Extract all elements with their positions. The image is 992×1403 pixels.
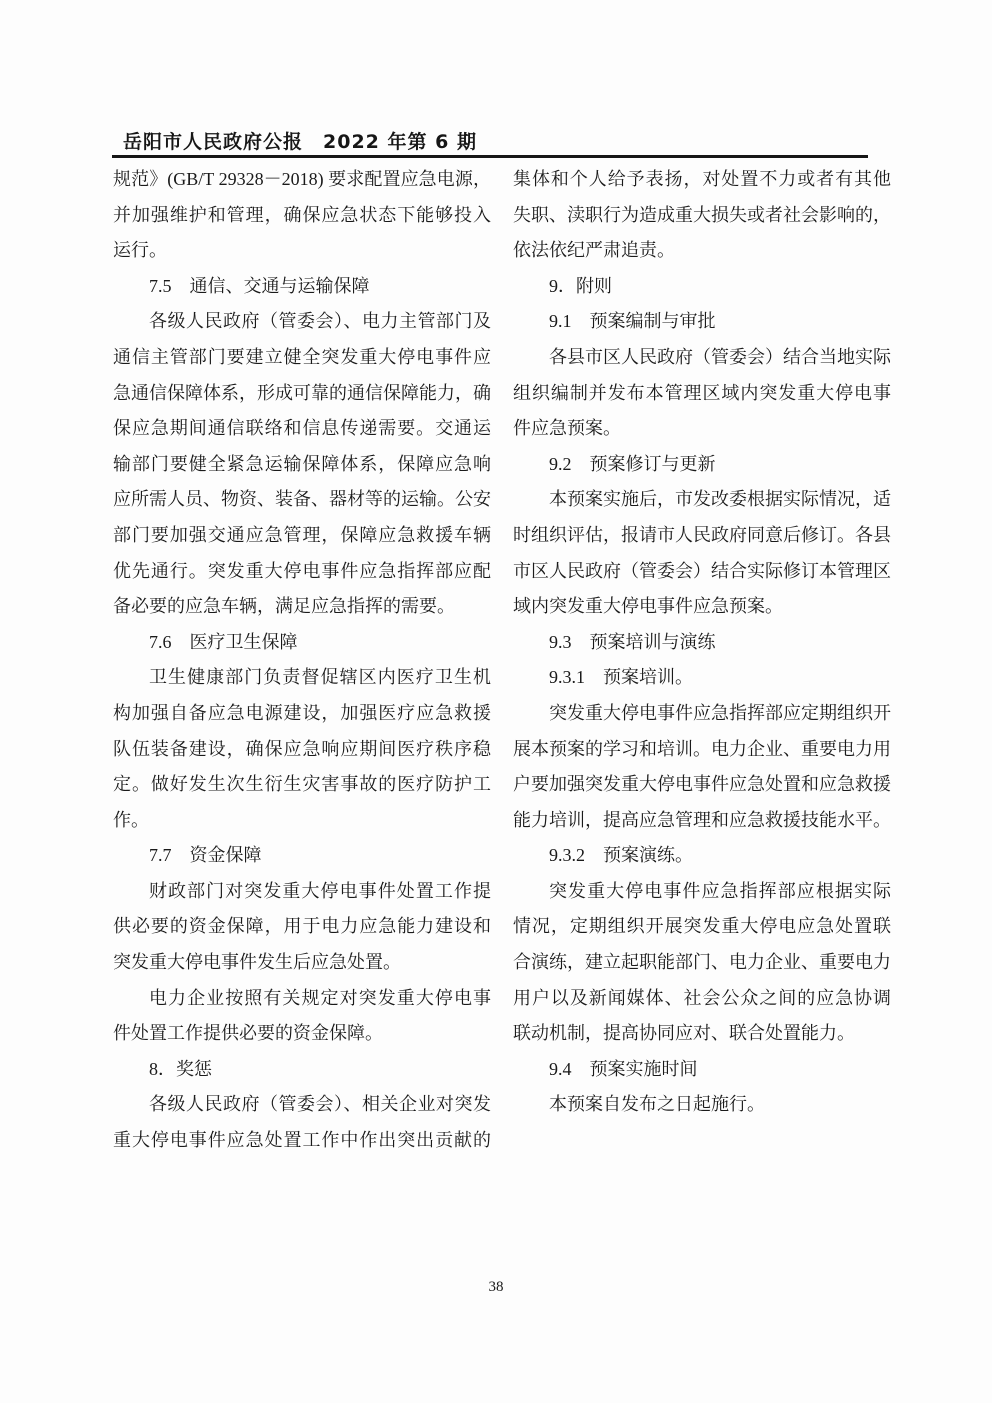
text-line: 通信主管部门要建立健全突发重大停电事件应: [113, 340, 491, 376]
text-line: 9.1 预案编制与审批: [513, 304, 891, 340]
text-line: 运行。: [113, 233, 491, 269]
text-line: 9.3.2 预案演练。: [513, 838, 891, 874]
page-header-title: 岳阳市人民政府公报 2022 年第 6 期: [123, 127, 477, 154]
text-line: 突发重大停电事件发生后应急处置。: [113, 945, 491, 981]
text-line: 9.4 预案实施时间: [513, 1052, 891, 1088]
text-line: 9.3 预案培训与演练: [513, 625, 891, 661]
text-line: 组织编制并发布本管理区域内突发重大停电事: [513, 376, 891, 412]
text-line: 重大停电事件应急处置工作中作出突出贡献的: [113, 1123, 491, 1159]
text-line: 8．奖惩: [113, 1052, 491, 1088]
text-line: 规范》(GB/T 29328－2018) 要求配置应急电源，: [113, 162, 491, 198]
text-line: 合演练，建立起职能部门、电力企业、重要电力: [513, 945, 891, 981]
text-line: 集体和个人给予表扬，对处置不力或者有其他: [513, 162, 891, 198]
text-line: 7.6 医疗卫生保障: [113, 625, 491, 661]
text-line: 构加强自备应急电源建设，加强医疗应急救援: [113, 696, 491, 732]
text-line: 依法依纪严肃追责。: [513, 233, 891, 269]
text-line: 并加强维护和管理，确保应急状态下能够投入: [113, 198, 491, 234]
right-column: 集体和个人给予表扬，对处置不力或者有其他失职、渎职行为造成重大损失或者社会影响的…: [513, 162, 891, 1123]
text-line: 突发重大停电事件应急指挥部应定期组织开: [513, 696, 891, 732]
text-line: 定。做好发生次生衍生灾害事故的医疗防护工: [113, 767, 491, 803]
text-line: 户要加强突发重大停电事件应急处置和应急救援: [513, 767, 891, 803]
text-line: 失职、渎职行为造成重大损失或者社会影响的，: [513, 198, 891, 234]
text-line: 急通信保障体系，形成可靠的通信保障能力，确: [113, 376, 491, 412]
text-line: 能力培训，提高应急管理和应急救援技能水平。: [513, 803, 891, 839]
text-line: 9.2 预案修订与更新: [513, 447, 891, 483]
text-line: 本预案实施后，市发改委根据实际情况，适: [513, 482, 891, 518]
text-line: 展本预案的学习和培训。电力企业、重要电力用: [513, 732, 891, 768]
text-line: 应所需人员、物资、装备、器材等的运输。公安: [113, 482, 491, 518]
text-line: 电力企业按照有关规定对突发重大停电事: [113, 981, 491, 1017]
page-number: 38: [0, 1279, 992, 1296]
text-line: 件处置工作提供必要的资金保障。: [113, 1016, 491, 1052]
gazette-page: 岳阳市人民政府公报 2022 年第 6 期 规范》(GB/T 29328－201…: [0, 0, 992, 1403]
text-line: 突发重大停电事件应急指挥部应根据实际: [513, 874, 891, 910]
text-line: 9．附则: [513, 269, 891, 305]
text-line: 件应急预案。: [513, 411, 891, 447]
header-rule: [112, 155, 868, 158]
text-line: 9.3.1 预案培训。: [513, 660, 891, 696]
left-column: 规范》(GB/T 29328－2018) 要求配置应急电源，并加强维护和管理，确…: [113, 162, 491, 1159]
text-line: 7.7 资金保障: [113, 838, 491, 874]
text-line: 7.5 通信、交通与运输保障: [113, 269, 491, 305]
text-line: 财政部门对突发重大停电事件处置工作提: [113, 874, 491, 910]
text-line: 作。: [113, 803, 491, 839]
text-line: 用户以及新闻媒体、社会公众之间的应急协调: [513, 981, 891, 1017]
text-line: 联动机制，提高协同应对、联合处置能力。: [513, 1016, 891, 1052]
text-line: 队伍装备建设，确保应急响应期间医疗秩序稳: [113, 732, 491, 768]
text-line: 优先通行。突发重大停电事件应急指挥部应配: [113, 554, 491, 590]
text-line: 各县市区人民政府（管委会）结合当地实际: [513, 340, 891, 376]
text-line: 各级人民政府（管委会）、相关企业对突发: [113, 1087, 491, 1123]
text-line: 保应急期间通信联络和信息传递需要。交通运: [113, 411, 491, 447]
text-line: 供必要的资金保障，用于电力应急能力建设和: [113, 909, 491, 945]
text-line: 市区人民政府（管委会）结合实际修订本管理区: [513, 554, 891, 590]
text-line: 域内突发重大停电事件应急预案。: [513, 589, 891, 625]
text-line: 备必要的应急车辆，满足应急指挥的需要。: [113, 589, 491, 625]
text-line: 卫生健康部门负责督促辖区内医疗卫生机: [113, 660, 491, 696]
text-line: 部门要加强交通应急管理，保障应急救援车辆: [113, 518, 491, 554]
text-line: 各级人民政府（管委会）、电力主管部门及: [113, 304, 491, 340]
text-line: 本预案自发布之日起施行。: [513, 1087, 891, 1123]
text-line: 时组织评估，报请市人民政府同意后修订。各县: [513, 518, 891, 554]
text-line: 情况，定期组织开展突发重大停电应急处置联: [513, 909, 891, 945]
text-line: 输部门要健全紧急运输保障体系，保障应急响: [113, 447, 491, 483]
